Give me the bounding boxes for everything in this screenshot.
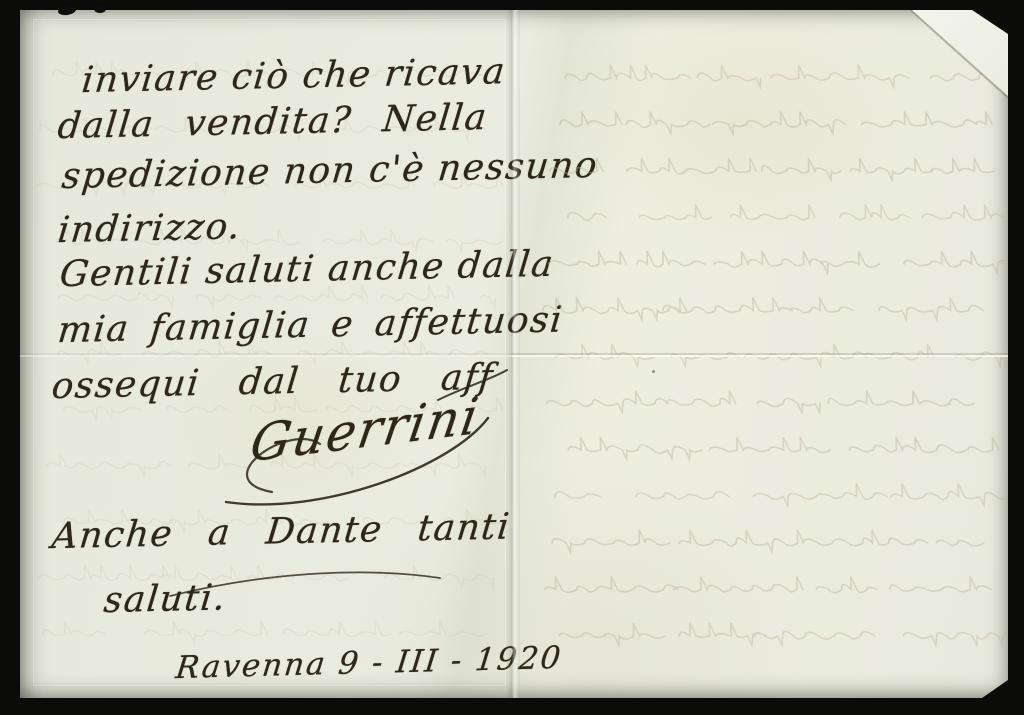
corner-clip-bottom-right [982, 680, 1008, 698]
handwritten-line: Gentili saluti anche dalla [58, 244, 557, 295]
handwritten-line: dalla vendita? Nella [56, 97, 490, 147]
postscript-line: saluti. [102, 577, 229, 621]
paper-edge-nick [94, 5, 106, 13]
scanned-letter: inviare ciò che ricava dalla vendita? Ne… [0, 0, 1024, 715]
handwritten-line: mia famiglia e affettuosi [56, 299, 565, 351]
ink-speck [652, 370, 655, 373]
horizontal-crease-right [512, 353, 1008, 357]
postscript-line: Anche a Dante tanti [50, 506, 513, 557]
letter-paper: inviare ciò che ricava dalla vendita? Ne… [20, 10, 1008, 698]
handwritten-line: inviare ciò che ricava [80, 51, 508, 101]
handwritten-line: indirizzo. [56, 206, 244, 251]
